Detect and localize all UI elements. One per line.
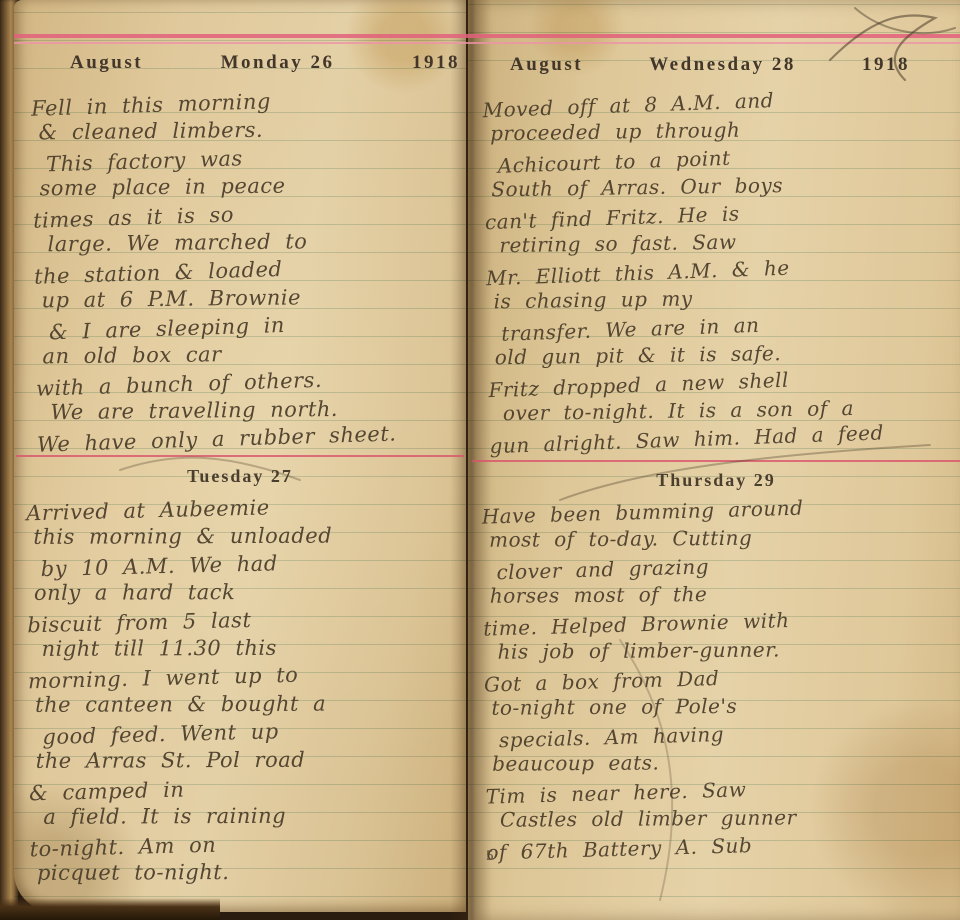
diary-entry-monday-26: Fell in this morning& cleaned limbers.Th… <box>31 84 467 455</box>
cover-bottom-shadow <box>0 898 220 920</box>
printed-date-header-right: August Wednesday 28 1918 <box>510 54 910 76</box>
day-label: Monday 26 <box>221 52 335 74</box>
page-number: 5 <box>486 848 494 865</box>
red-divider-rule <box>472 460 960 462</box>
diary-entry-tuesday-27: Arrived at Aubeemiethis morning & unload… <box>26 492 466 889</box>
printed-date-header-left: August Monday 26 1918 <box>70 52 460 74</box>
pink-top-rule-thin <box>14 42 960 44</box>
month-label: August <box>70 52 143 74</box>
entry-line: picquet to-night. <box>37 857 466 887</box>
pink-top-rule <box>14 34 960 38</box>
printed-day-header-thursday: Thursday 29 <box>472 470 960 491</box>
diary-entry-wednesday-28: Moved off at 8 A.M. andproceeded up thro… <box>482 83 960 457</box>
year-label: 1918 <box>862 54 910 76</box>
diary-book: August Monday 26 1918 August Wednesday 2… <box>0 0 960 920</box>
diary-entry-thursday-29: Have been bumming aroundmost of to-day. … <box>481 493 958 864</box>
printed-day-header-tuesday: Tuesday 27 <box>16 466 464 487</box>
year-label: 1918 <box>412 52 460 74</box>
day-label: Wednesday 28 <box>649 54 796 76</box>
month-label: August <box>510 54 583 76</box>
